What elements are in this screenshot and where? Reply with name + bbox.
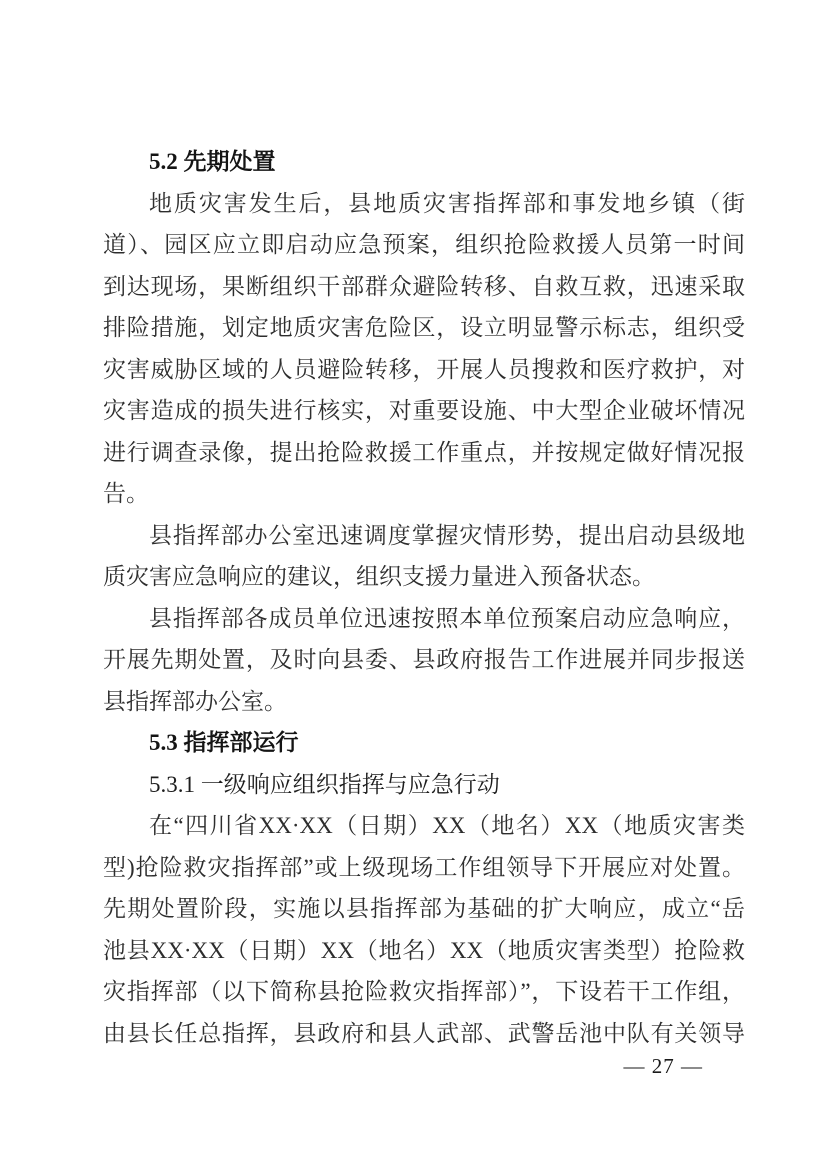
text-line: 地质灾害发生后，县地质灾害指挥部和事发地乡镇（街 <box>103 183 745 225</box>
text-line: 由县长任总指挥，县政府和县人武部、武警岳池中队有关领导 <box>103 1013 745 1055</box>
document-body: 5.2 先期处置地质灾害发生后，县地质灾害指挥部和事发地乡镇（街道）、园区应立即… <box>103 141 745 1054</box>
paragraph: 县指挥部办公室迅速调度掌握灾情形势，提出启动县级地质灾害应急响应的建议，组织支援… <box>103 515 745 598</box>
document-page: { "page": { "background": "#ffffff", "te… <box>0 0 826 1168</box>
text-line: 5.3.1 一级响应组织指挥与应急行动 <box>103 764 745 806</box>
section-heading: 5.3 指挥部运行 <box>103 722 745 764</box>
text-line: 县指挥部办公室。 <box>103 681 745 723</box>
text-line: 5.2 先期处置 <box>103 141 745 183</box>
text-line: 县指挥部各成员单位迅速按照本单位预案启动应急响应， <box>103 598 745 640</box>
text-line: 质灾害应急响应的建议，组织支援力量进入预备状态。 <box>103 556 745 598</box>
paragraph: 在“四川省XX·XX（日期）XX（地名）XX（地质灾害类型)抢险救灾指挥部”或上… <box>103 805 745 1054</box>
text-line: 灾指挥部（以下简称县抢险救灾指挥部）”，下设若干工作组， <box>103 971 745 1013</box>
text-line: 5.3 指挥部运行 <box>103 722 745 764</box>
text-line: 进行调查录像，提出抢险救援工作重点，并按规定做好情况报 <box>103 432 745 474</box>
text-line: 开展先期处置，及时向县委、县政府报告工作进展并同步报送 <box>103 639 745 681</box>
text-line: 道）、园区应立即启动应急预案，组织抢险救援人员第一时间 <box>103 224 745 266</box>
text-line: 到达现场，果断组织干部群众避险转移、自救互救，迅速采取 <box>103 266 745 308</box>
text-line: 在“四川省XX·XX（日期）XX（地名）XX（地质灾害类 <box>103 805 745 847</box>
text-line: 池县XX·XX（日期）XX（地名）XX（地质灾害类型）抢险救 <box>103 930 745 972</box>
section-heading: 5.2 先期处置 <box>103 141 745 183</box>
text-line: 灾害造成的损失进行核实，对重要设施、中大型企业破坏情况 <box>103 390 745 432</box>
text-line: 型)抢险救灾指挥部”或上级现场工作组领导下开展应对处置。 <box>103 847 745 889</box>
text-line: 灾害威胁区域的人员避险转移，开展人员搜救和医疗救护，对 <box>103 349 745 391</box>
text-line: 告。 <box>103 473 745 515</box>
text-line: 县指挥部办公室迅速调度掌握灾情形势，提出启动县级地 <box>103 515 745 557</box>
paragraph: 地质灾害发生后，县地质灾害指挥部和事发地乡镇（街道）、园区应立即启动应急预案，组… <box>103 183 745 515</box>
text-line: 排险措施，划定地质灾害危险区，设立明显警示标志，组织受 <box>103 307 745 349</box>
section-heading: 5.3.1 一级响应组织指挥与应急行动 <box>103 764 745 806</box>
paragraph: 县指挥部各成员单位迅速按照本单位预案启动应急响应，开展先期处置，及时向县委、县政… <box>103 598 745 723</box>
text-line: 先期处置阶段，实施以县指挥部为基础的扩大响应，成立“岳 <box>103 888 745 930</box>
page-number: — 27 — <box>624 1053 704 1079</box>
